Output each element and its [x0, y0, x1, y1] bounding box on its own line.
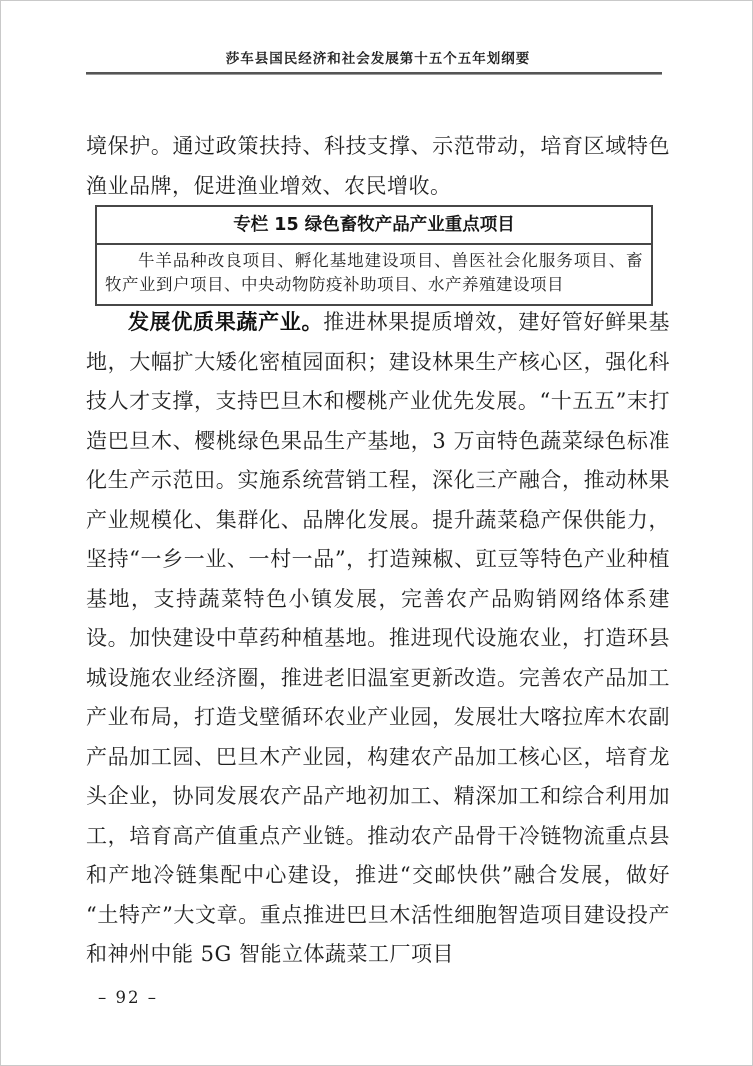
page-number: – 92 –: [98, 988, 158, 1007]
document-page: 莎车县国民经济和社会发展第十五个五年划纲要 境保护。通过政策扶持、科技支撑、示范…: [0, 0, 753, 1066]
paragraph-lead-heading: 发展优质果蔬产业。: [128, 309, 323, 334]
feature-panel-column15: 专栏 15 绿色畜牧产品产业重点项目 牛羊品种改良项目、孵化基地建设项目、兽医社…: [95, 205, 653, 306]
paragraph-body-text: 推进林果提质增效，建好管好鲜果基地，大幅扩大矮化密植园面积；建设林果生产核心区，…: [86, 310, 670, 966]
running-header-title: 莎车县国民经济和社会发展第十五个五年划纲要: [86, 49, 670, 69]
paragraph-fruit-vegetable-industry: 发展优质果蔬产业。推进林果提质增效，建好管好鲜果基地，大幅扩大矮化密植园面积；建…: [86, 302, 670, 975]
paragraph-fishery-continuation: 境保护。通过政策扶持、科技支撑、示范带动，培育区域特色渔业品牌，促进渔业增效、农…: [86, 126, 670, 206]
feature-panel-body: 牛羊品种改良项目、孵化基地建设项目、兽医社会化服务项目、畜牧产业到户项目、中央动…: [97, 245, 651, 304]
header-rule: [86, 72, 662, 75]
feature-panel-title: 专栏 15 绿色畜牧产品产业重点项目: [97, 207, 651, 245]
